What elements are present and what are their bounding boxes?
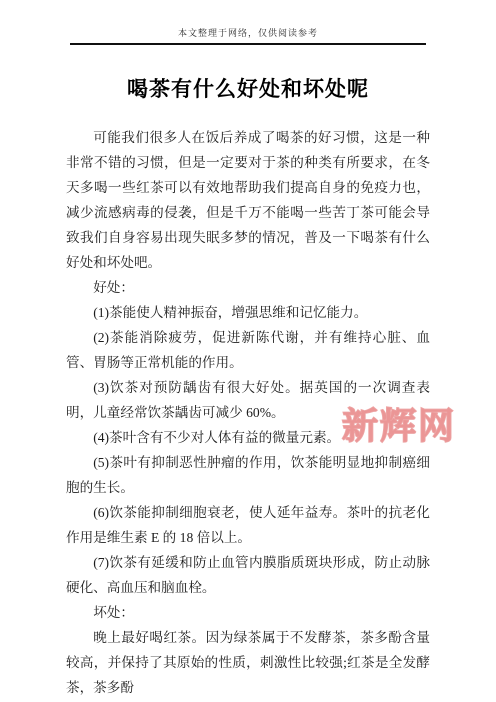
header-divider [70, 43, 426, 45]
page-header: 本文整理于网络，仅供阅读参考 [0, 0, 496, 45]
body-paragraph: (4)茶叶含有不少对人体有益的微量元素。 [66, 425, 430, 450]
body-paragraph: (3)饮茶对预防龋齿有很大好处。据英国的一次调查表明，儿童经常饮茶龋齿可减少 6… [66, 375, 430, 425]
body-paragraph: 晚上最好喝红茶。因为绿茶属于不发酵茶，茶多酚含量较高，并保持了其原始的性质，刺激… [66, 625, 430, 700]
header-note: 本文整理于网络，仅供阅读参考 [0, 0, 496, 39]
body-paragraph: (6)饮茶能抑制细胞衰老，使人延年益寿。茶叶的抗老化作用是维生素 E 的 18 … [66, 500, 430, 550]
body-paragraph: (2)茶能消除疲劳，促进新陈代谢，并有维持心脏、血管、胃肠等正常机能的作用。 [66, 325, 430, 375]
body-paragraph: 可能我们很多人在饭后养成了喝茶的好习惯，这是一种非常不错的习惯，但是一定要对于茶… [66, 125, 430, 275]
body-paragraph: (5)茶叶有抑制恶性肿瘤的作用，饮茶能明显地抑制癌细胞的生长。 [66, 450, 430, 500]
body-paragraph: (7)饮茶有延缓和防止血管内膜脂质斑块形成，防止动脉硬化、高血压和脑血栓。 [66, 550, 430, 600]
body-paragraph: (1)茶能使人精神振奋，增强思维和记忆能力。 [66, 300, 430, 325]
section-heading-drawbacks: 坏处： [66, 600, 430, 625]
page-title: 喝茶有什么好处和坏处呢 [0, 73, 496, 103]
section-heading-benefits: 好处： [66, 275, 430, 300]
document-page: 新辉网 本文整理于网络，仅供阅读参考 喝茶有什么好处和坏处呢 可能我们很多人在饭… [0, 0, 496, 702]
document-body: 可能我们很多人在饭后养成了喝茶的好习惯，这是一种非常不错的习惯，但是一定要对于茶… [66, 125, 430, 700]
